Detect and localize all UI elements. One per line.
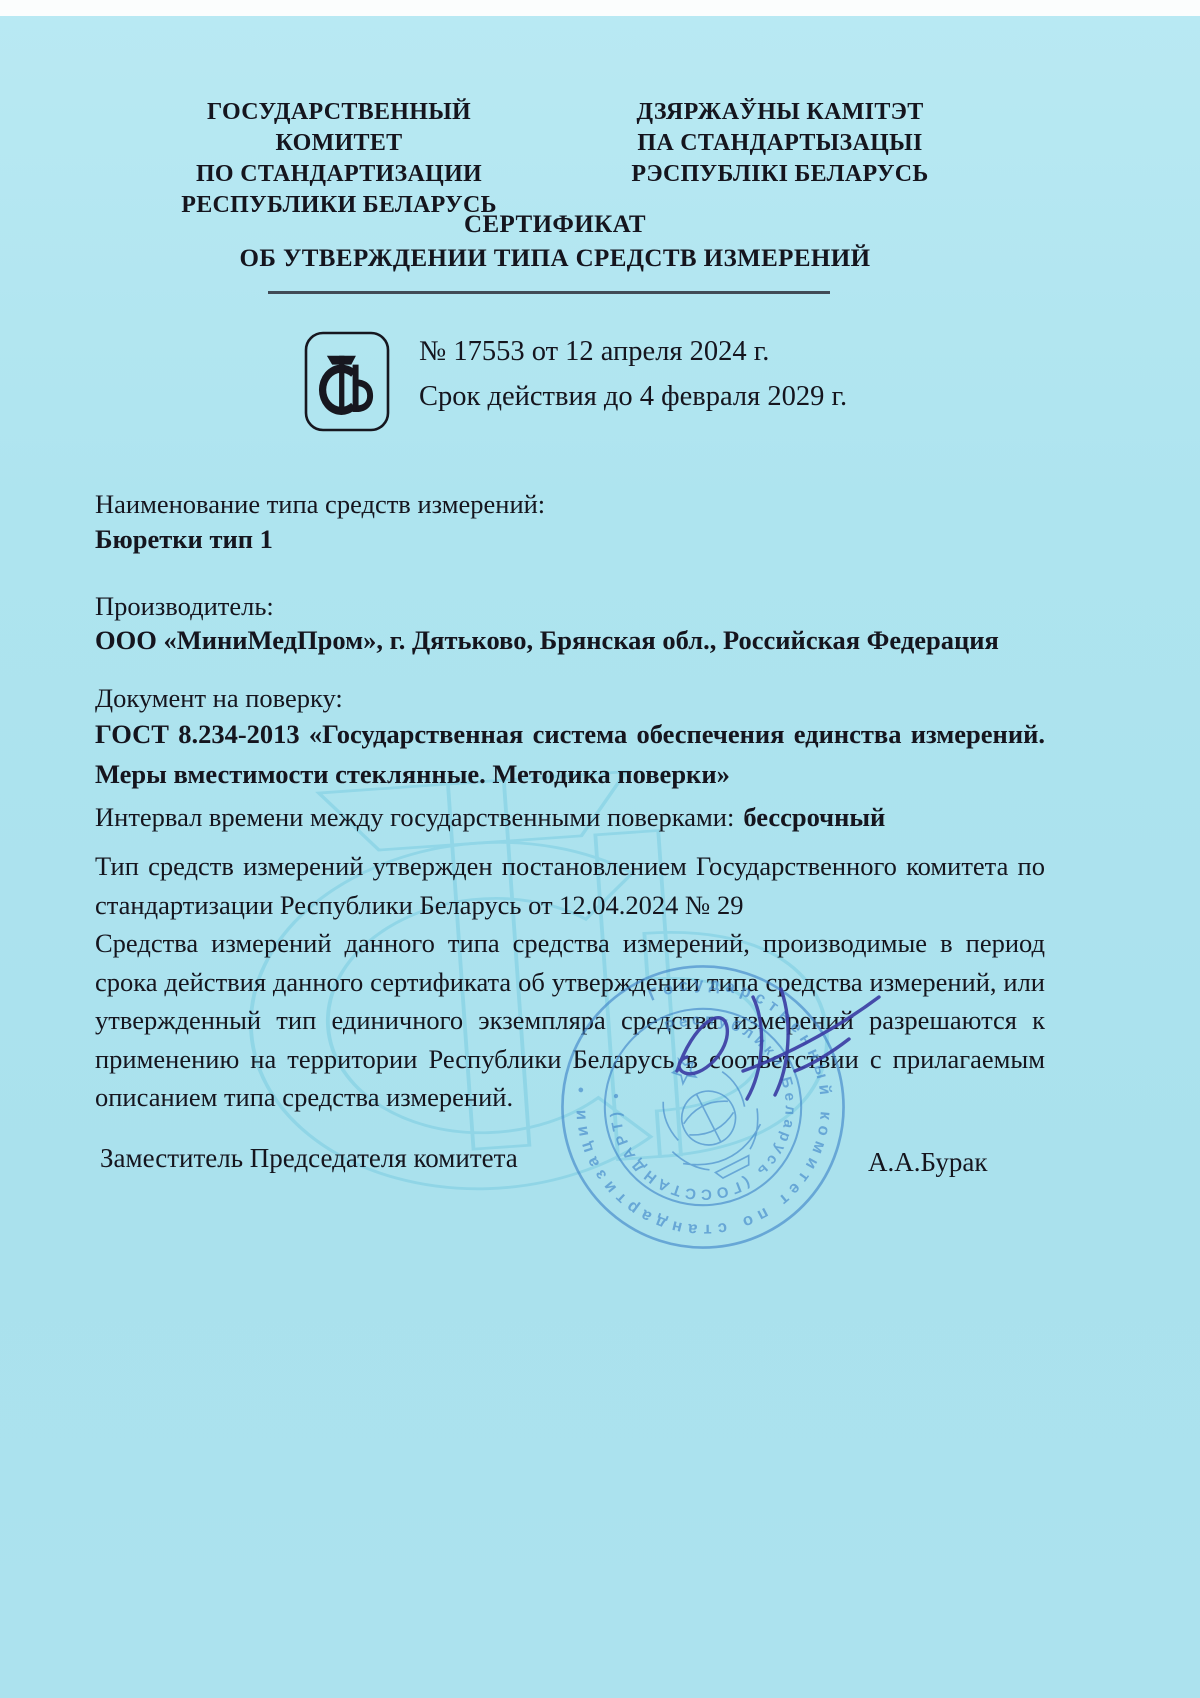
manufacturer-label: Производитель: [95,588,1045,624]
certificate-number: № 17553 от 12 апреля 2024 г. [419,336,769,368]
verification-interval-label: Интервал времени между государственными … [95,802,734,832]
document-title-line1: СЕРТИФИКАТ [55,208,1055,242]
header-left-line2: ПО СТАНДАРТИЗАЦИИ [148,159,530,190]
type-name-value: Бюретки тип 1 [95,521,1045,557]
certificate-validity: Срок действия до 4 февраля 2029 г. [419,381,847,413]
type-name-label: Наименование типа средств измерений: [95,486,1045,522]
signer-name: А.А.Бурак [868,1147,987,1178]
verification-doc-value: ГОСТ 8.234-2013 «Государственная система… [95,714,1045,794]
header-right: ДЗЯРЖАЎНЫ КАМІТЭТ ПА СТАНДАРТЫЗАЦЫІ РЭСП… [630,97,930,190]
header-right-line3: РЭСПУБЛІКІ БЕЛАРУСЬ [630,159,930,190]
signer-position: Заместитель Председателя комитета [100,1143,518,1174]
manufacturer-value: ООО «МиниМедПром», г. Дятьково, Брянская… [95,622,1045,658]
handwritten-signature [635,975,915,1125]
approval-paragraph-1: Тип средств измерений утвержден постанов… [95,847,1045,924]
document-title-line2: ОБ УТВЕРЖДЕНИИ ТИПА СРЕДСТВ ИЗМЕРЕНИЙ [55,242,1055,276]
verification-doc-label: Документ на поверку: [95,680,1045,716]
gosstandart-logo-icon [303,330,391,433]
verification-interval-value: бессрочный [743,802,885,832]
certificate-document: ГОСУДАРСТВЕННЫЙ КОМИТЕТ ПО СТАНДАРТИЗАЦИ… [0,0,1200,1698]
document-title: СЕРТИФИКАТ ОБ УТВЕРЖДЕНИИ ТИПА СРЕДСТВ И… [55,208,1055,276]
header-right-line2: ПА СТАНДАРТЫЗАЦЫІ [630,128,930,159]
header-left-line1: ГОСУДАРСТВЕННЫЙ КОМИТЕТ [148,97,530,159]
title-underline [268,291,830,294]
header-left: ГОСУДАРСТВЕННЫЙ КОМИТЕТ ПО СТАНДАРТИЗАЦИ… [148,97,530,221]
header-right-line1: ДЗЯРЖАЎНЫ КАМІТЭТ [630,97,930,128]
scan-edge [0,0,1200,16]
verification-interval: Интервал времени между государственными … [95,799,1045,835]
